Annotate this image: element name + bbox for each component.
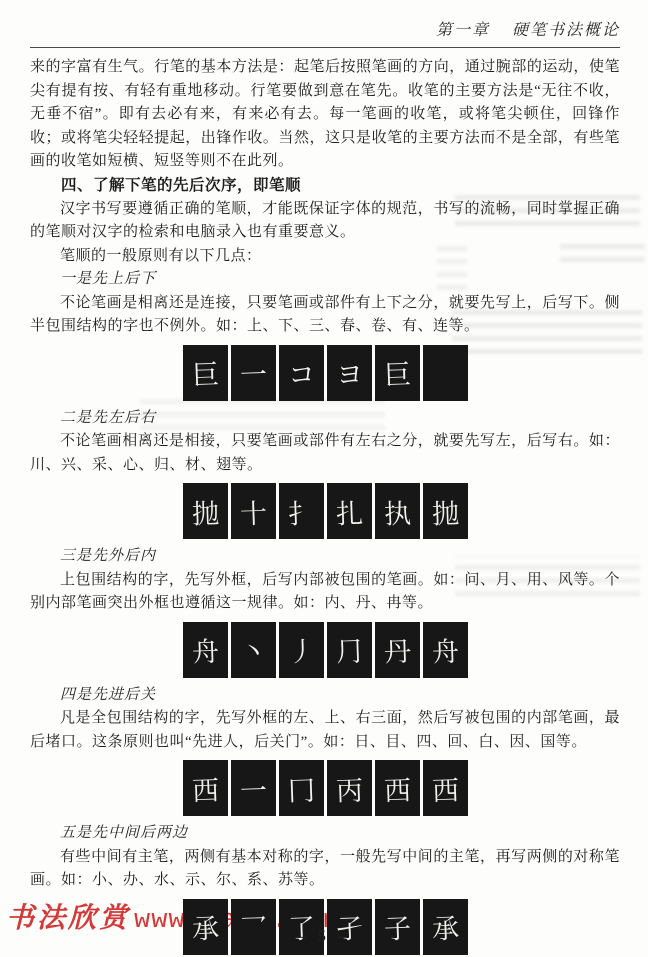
stroke-order-cell: 十 <box>231 483 276 539</box>
rule-heading-5: 五是先中间后两边 <box>30 822 620 846</box>
section-heading: 四、了解下笔的先后次序，即笔顺 <box>30 174 620 198</box>
rule-body-2: 不论笔画相离还是相接，只要笔画或部件有左右之分，就要先写左，后写右。如：川、兴、… <box>30 430 620 477</box>
chapter-label: 第一章 <box>436 22 490 39</box>
stroke-order-cell: 丹 <box>375 622 420 678</box>
paragraph-principles-lead: 笔顺的一般原则有以下几点： <box>30 245 620 269</box>
rule-heading-1: 一是先上后下 <box>30 268 620 292</box>
running-header: 第一章 硬笔书法概论 <box>30 20 620 42</box>
stroke-order-cell: 西 <box>183 760 228 816</box>
stroke-step: 一 <box>239 353 267 393</box>
rule-body-3: 上包围结构的字，先写外框，后写内部被包围的笔画。如：问、月、用、风等。个别内部笔… <box>30 569 620 616</box>
stroke-order-cell: 子 <box>375 899 420 955</box>
stroke-step: 丶 <box>239 630 267 670</box>
stroke-order-cell: ⺆ <box>327 622 372 678</box>
stroke-step: 丿 <box>287 630 315 670</box>
stroke-order-cell: 扎 <box>327 483 372 539</box>
rule-body-4: 凡是全包围结构的字，先写外框的左、上、右三面，然后写被包围的内部笔画，最后堵口。… <box>30 707 620 754</box>
stroke-step: 一 <box>239 768 267 808</box>
stroke-order-cell: 丙 <box>327 760 372 816</box>
stroke-order-strip-pao: 抛 十 扌 扎 执 抛 <box>180 483 470 539</box>
stroke-order-cell: 冂 <box>279 760 324 816</box>
stroke-step: 抛 <box>431 491 459 531</box>
stroke-order-cell: 了 <box>279 899 324 955</box>
stroke-step: 丹 <box>383 630 411 670</box>
stroke-step: ヨ <box>335 353 363 393</box>
chapter-title: 硬笔书法概论 <box>512 22 620 39</box>
stroke-order-cell <box>423 345 468 401</box>
stroke-step: 舟 <box>191 630 219 670</box>
stroke-step: 抛 <box>191 491 219 531</box>
stroke-order-cell: ヨ <box>327 345 372 401</box>
stroke-step: 西 <box>431 768 459 808</box>
stroke-order-cell: 抛 <box>183 483 228 539</box>
stroke-step: ⺆ <box>335 630 363 670</box>
stroke-step: 扎 <box>335 491 363 531</box>
stroke-step: 扌 <box>287 491 315 531</box>
stroke-order-strip-ju: 巨 一 コ ヨ 巨 <box>180 345 470 401</box>
stroke-step: 西 <box>191 768 219 808</box>
stroke-order-cell: 巨 <box>375 345 420 401</box>
stroke-step: 冂 <box>287 768 315 808</box>
stroke-order-cell: 一 <box>231 760 276 816</box>
stroke-order-cell: 扌 <box>279 483 324 539</box>
rule-heading-4: 四是先进后关 <box>30 684 620 708</box>
stroke-step: 丙 <box>335 768 363 808</box>
stroke-step: 十 <box>239 491 267 531</box>
page-number: - 5 - <box>0 928 648 946</box>
paragraph-overview: 汉字书写要遵循正确的笔顺，才能既保证字体的规范，书写的流畅，同时掌握正确的笔顺对… <box>30 198 620 245</box>
rule-body-1: 不论笔画是相离还是连接，只要笔画或部件有上下之分，就要先写上，后写下。侧半包围结… <box>30 292 620 339</box>
stroke-step: 执 <box>383 491 411 531</box>
stroke-order-cell: 丶 <box>231 622 276 678</box>
paragraph-brushwork: 来的字富有生气。行笔的基本方法是：起笔后按照笔画的方向，通过腕部的运动，使笔尖有… <box>30 56 620 174</box>
stroke-order-cell: 孑 <box>327 899 372 955</box>
rule-heading-3: 三是先外后内 <box>30 545 620 569</box>
stroke-step: 西 <box>383 768 411 808</box>
stroke-order-cell: 执 <box>375 483 420 539</box>
stroke-order-cell: 西 <box>375 760 420 816</box>
header-rule <box>30 47 620 48</box>
stroke-order-cell: 承 <box>183 899 228 955</box>
stroke-step: 舟 <box>431 630 459 670</box>
stroke-order-strip-xi: 西 一 冂 丙 西 西 <box>180 760 470 816</box>
stroke-order-cell: 乛 <box>231 899 276 955</box>
stroke-order-cell: 西 <box>423 760 468 816</box>
rule-heading-2: 二是先左后右 <box>30 407 620 431</box>
stroke-step: 巨 <box>383 353 411 393</box>
stroke-order-cell: 丿 <box>279 622 324 678</box>
stroke-order-cell: 舟 <box>183 622 228 678</box>
stroke-order-cell: 舟 <box>423 622 468 678</box>
stroke-order-cell: 抛 <box>423 483 468 539</box>
stroke-order-strip-zhou: 舟 丶 丿 ⺆ 丹 舟 <box>180 622 470 678</box>
book-page: 第一章 硬笔书法概论 来的字富有生气。行笔的基本方法是：起笔后按照笔画的方向，通… <box>0 0 648 957</box>
stroke-order-cell: コ <box>279 345 324 401</box>
rule-body-5: 有些中间有主笔，两侧有基本对称的字，一般先写中间的主笔，再写两侧的对称笔画。如：… <box>30 846 620 893</box>
stroke-order-cell: 巨 <box>183 345 228 401</box>
stroke-step: コ <box>287 353 315 393</box>
stroke-step: 巨 <box>191 353 219 393</box>
stroke-order-cell: 一 <box>231 345 276 401</box>
stroke-order-cell: 承 <box>423 899 468 955</box>
